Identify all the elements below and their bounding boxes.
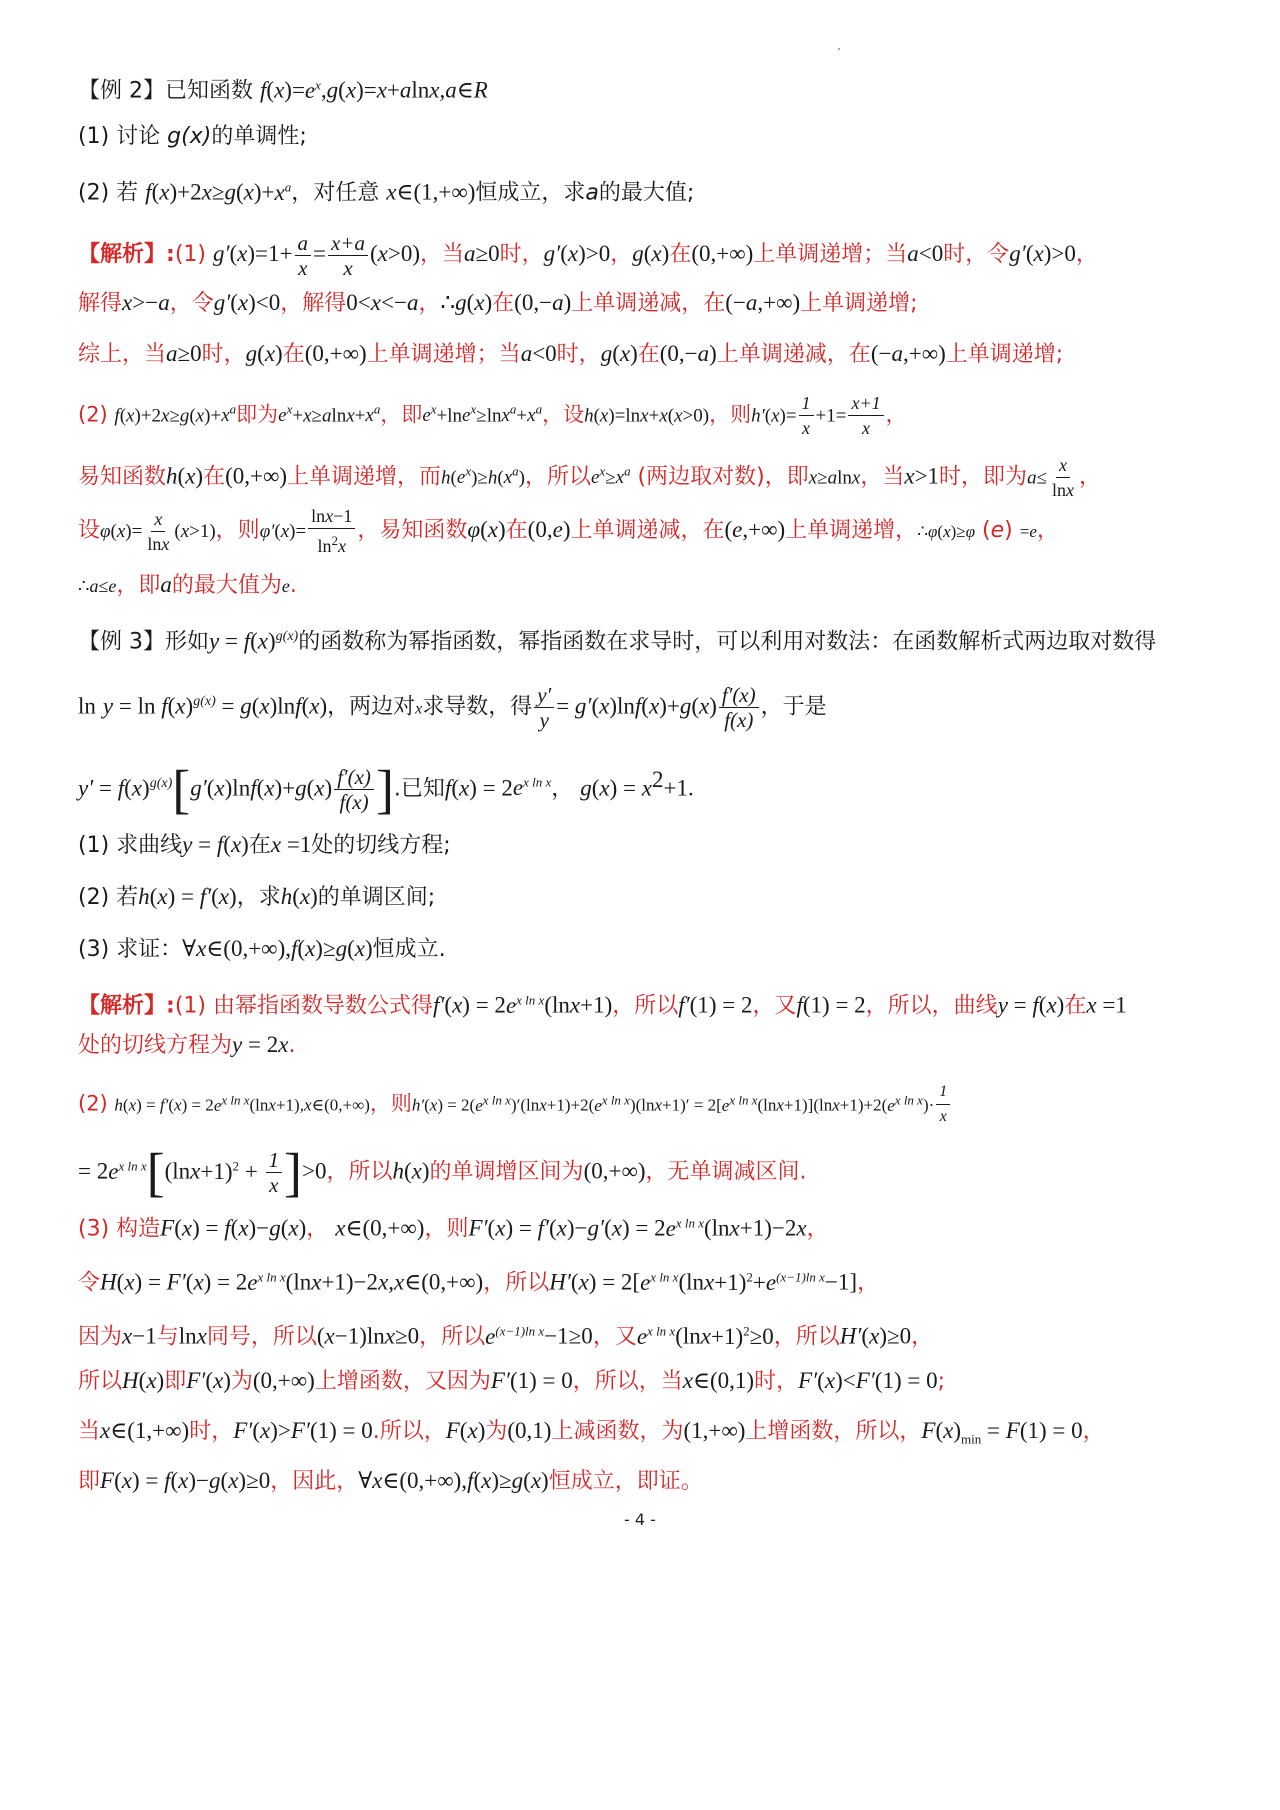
solution3-line-7: 因为x−1与lnx同号，所以(x−1)lnx≥0，所以e(x−1)ln x−1≥… (78, 1316, 1220, 1353)
solution3-line-4: = 2ex ln x[(lnx+1)2 + 1x]>0，所以h(x)的单调增区间… (78, 1136, 1220, 1196)
example3-intro-line: 【例 3】形如y = f(x)g(x)的函数称为幂指函数，幂指函数在求导时，可以… (78, 622, 1220, 657)
example2-title: 【例 2】已知函数 (78, 79, 253, 104)
scan-speck (838, 48, 840, 50)
example2-question-1: (1) 讨论 g(x)的单调性; (78, 122, 1220, 152)
solution3-line-8: 所以H(x)即F′(x)为(0,+∞)上增函数，又因为F′(1) = 0，所以，… (78, 1366, 1220, 1397)
solution2-line-6: 设φ(x)=xlnx(x>1)，则φ′(x)=lnx−1ln2x，易知函数φ(x… (78, 504, 1220, 556)
solution2-line-1: 【解析】:(1) g′(x)=1+ax=x+ax(x>0)，当a≥0时，g′(x… (78, 228, 1220, 280)
solution3-line-3: (2) h(x) = f′(x) = 2ex ln x(lnx+1),x∈(0,… (78, 1074, 1220, 1126)
example3-question-2: (2) 若h(x) = f′(x)，求h(x)的单调区间; (78, 882, 1220, 913)
solution3-line-10: 即F(x) = f(x)−g(x)≥0，因此，∀x∈(0,+∞),f(x)≥g(… (78, 1466, 1220, 1497)
document-page: 【例 2】已知函数 f(x)=ex,g(x)=x+alnx,a∈R (1) 讨论… (0, 0, 1280, 1810)
solution3-line-5: (3) 构造F(x) = f(x)−g(x)， x∈(0,+∞)，则F′(x) … (78, 1208, 1220, 1245)
example3-question-1: (1) 求曲线y = f(x)在x =1处的切线方程; (78, 830, 1220, 861)
example3-question-3: (3) 求证：∀x∈(0,+∞),f(x)≥g(x)恒成立. (78, 934, 1220, 965)
solution2-line-4: (2) f(x)+2x≥g(x)+xa即为ex+x≥alnx+xa，即ex+ln… (78, 384, 1220, 436)
example2-question-2: (2) 若 f(x)+2x≥g(x)+xa，对任意 x∈(1,+∞)恒成立，求a… (78, 172, 1220, 209)
page-number: - 4 - (0, 1510, 1280, 1529)
solution3-line-9: 当x∈(1,+∞)时，F′(x)>F′(1) = 0.所以，F(x)为(0,1)… (78, 1416, 1220, 1455)
solution2-line-3: 综上，当a≥0时，g(x)在(0,+∞)上单调递增；当a<0时，g(x)在(0,… (78, 339, 1220, 370)
solution3-line-1: 【解析】:(1) 由幂指函数导数公式得f′(x) = 2ex ln x(lnx+… (78, 985, 1220, 1022)
solution3-line-6: 令H(x) = F′(x) = 2ex ln x(lnx+1)−2x,x∈(0,… (78, 1262, 1220, 1299)
solution2-line-2: 解得x>−a，令g′(x)<0，解得0<x<−a，∴g(x)在(0,−a)上单调… (78, 288, 1220, 319)
solution3-line-2: 处的切线方程为y = 2x. (78, 1030, 1220, 1061)
example2-header-line: 【例 2】已知函数 f(x)=ex,g(x)=x+alnx,a∈R (78, 70, 1220, 107)
solution-label: 【解析】: (78, 994, 175, 1019)
solution2-line-7: ∴a≤e，即a的最大值为e. (78, 570, 1220, 601)
example3-line-2: ln y = ln f(x)g(x) = g(x)lnf(x)，两边对x求导数，… (78, 672, 1220, 732)
solution2-line-5: 易知函数h(x)在(0,+∞)上单调递增，而h(ex)≥h(xa)，所以ex≥x… (78, 446, 1220, 498)
solution-label: 【解析】: (78, 242, 175, 267)
example3-line-3: y′ = f(x)g(x)[g′(x)lnf(x)+g(x)f′(x)f(x)]… (78, 750, 1220, 810)
